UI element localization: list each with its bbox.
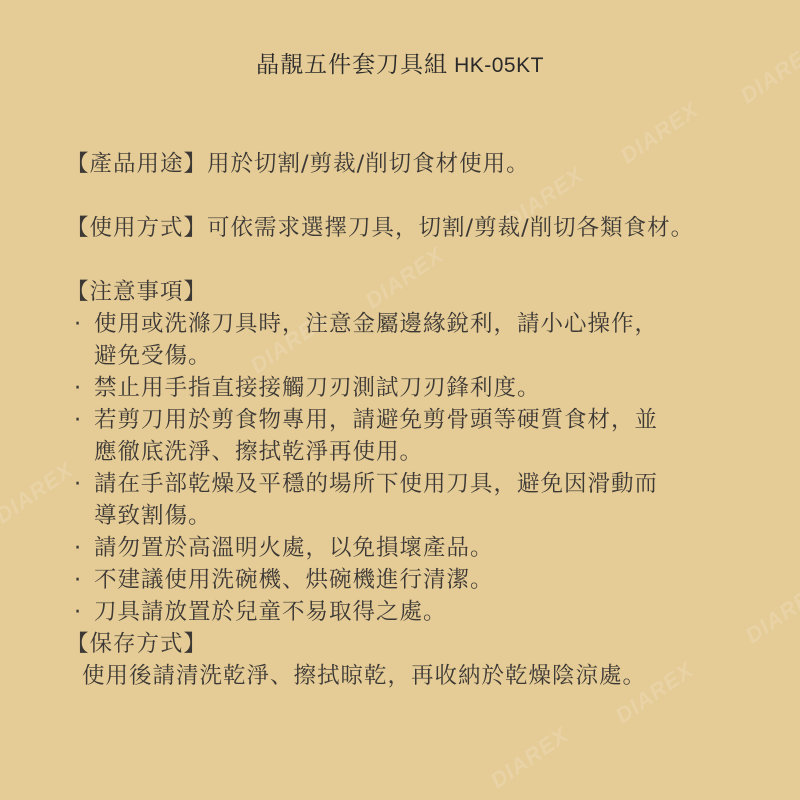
bullet-icon: · xyxy=(74,532,82,564)
storage-text: 使用後請清洗乾淨、擦拭晾乾，再收納於乾燥陰涼處。 xyxy=(66,660,766,692)
bullet-icon: · xyxy=(74,372,82,404)
cautions-section: 【注意事項】 · 使用或洗滌刀具時，注意金屬邊緣銳利，請小心操作， 避免受傷。 … xyxy=(66,276,766,628)
bullet-icon: · xyxy=(74,404,82,436)
caution-text-cont: 應徹底洗淨、擦拭乾淨再使用。 xyxy=(94,436,766,468)
purpose-label: 【產品用途】 xyxy=(66,151,207,177)
instruction-content: 【產品用途】用於切割/剪裁/削切食材使用。 【使用方式】可依需求選擇刀具，切割/… xyxy=(66,148,766,692)
caution-item: · 禁止用手指直接接觸刀刃測試刀刃鋒利度。 xyxy=(66,372,766,404)
caution-item: · 若剪刀用於剪食物專用，請避免剪骨頭等硬質食材，並 應徹底洗淨、擦拭乾淨再使用… xyxy=(66,404,766,468)
caution-text: 禁止用手指直接接觸刀刃測試刀刃鋒利度。 xyxy=(94,372,766,404)
cautions-label: 【注意事項】 xyxy=(66,276,766,308)
caution-text-cont: 導致割傷。 xyxy=(94,500,766,532)
purpose-text: 用於切割/剪裁/削切食材使用。 xyxy=(207,151,530,177)
model-number: HK-05KT xyxy=(454,54,544,77)
caution-text-cont: 避免受傷。 xyxy=(94,340,766,372)
caution-text: 刀具請放置於兒童不易取得之處。 xyxy=(94,596,766,628)
bullet-icon: · xyxy=(74,468,82,500)
caution-text: 若剪刀用於剪食物專用，請避免剪骨頭等硬質食材，並 xyxy=(94,404,766,436)
purpose-section: 【產品用途】用於切割/剪裁/削切食材使用。 xyxy=(66,148,766,180)
caution-item: · 請在手部乾燥及平穩的場所下使用刀具，避免因滑動而 導致割傷。 xyxy=(66,468,766,532)
bullet-icon: · xyxy=(74,596,82,628)
caution-item: · 不建議使用洗碗機、烘碗機進行清潔。 xyxy=(66,564,766,596)
caution-item: · 使用或洗滌刀具時，注意金屬邊緣銳利，請小心操作， 避免受傷。 xyxy=(66,308,766,372)
storage-label: 【保存方式】 xyxy=(66,628,766,660)
page-title: 晶靚五件套刀具組HK-05KT xyxy=(0,46,800,79)
caution-item: · 請勿置於高溫明火處，以免損壞產品。 xyxy=(66,532,766,564)
caution-text: 不建議使用洗碗機、烘碗機進行清潔。 xyxy=(94,564,766,596)
bullet-icon: · xyxy=(74,564,82,596)
caution-text: 請勿置於高溫明火處，以免損壞產品。 xyxy=(94,532,766,564)
product-name: 晶靚五件套刀具組 xyxy=(256,52,448,78)
watermark: DIAREX xyxy=(486,722,574,794)
caution-text: 請在手部乾燥及平穩的場所下使用刀具，避免因滑動而 xyxy=(94,468,766,500)
caution-text: 使用或洗滌刀具時，注意金屬邊緣銳利，請小心操作， xyxy=(94,308,766,340)
usage-section: 【使用方式】可依需求選擇刀具，切割/剪裁/削切各類食材。 xyxy=(66,212,766,244)
caution-item: · 刀具請放置於兒童不易取得之處。 xyxy=(66,596,766,628)
usage-text: 可依需求選擇刀具，切割/剪裁/削切各類食材。 xyxy=(207,215,694,241)
usage-label: 【使用方式】 xyxy=(66,215,207,241)
storage-section: 【保存方式】 使用後請清洗乾淨、擦拭晾乾，再收納於乾燥陰涼處。 xyxy=(66,628,766,692)
bullet-icon: · xyxy=(74,308,82,340)
